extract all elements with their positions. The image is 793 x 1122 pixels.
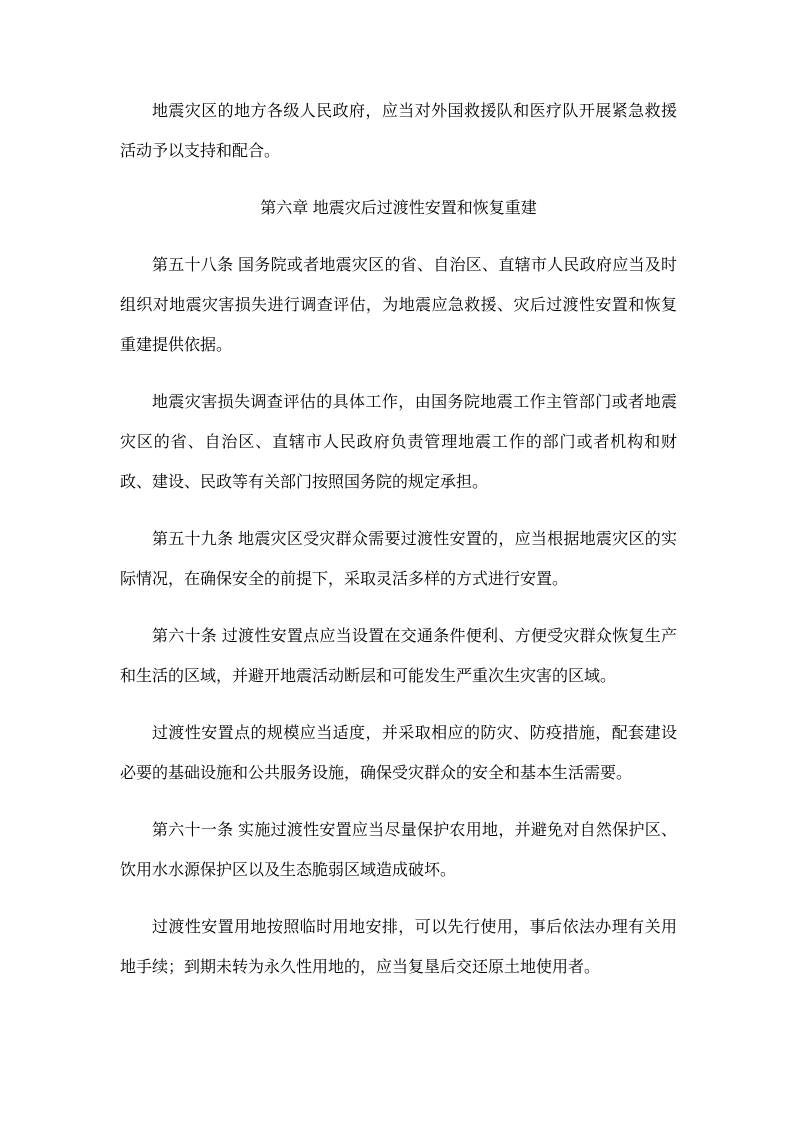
chapter-heading: 第六章 地震灾后过渡性安置和恢复重建 — [120, 189, 677, 229]
paragraph-loss-assessment-work: 地震灾害损失调查评估的具体工作，由国务院地震工作主管部门或者地震灾区的省、自治区… — [120, 383, 677, 503]
paragraph-article-59: 第五十九条 地震灾区受灾群众需要过渡性安置的，应当根据地震灾区的实际情况，在确保… — [120, 520, 677, 600]
paragraph-article-61: 第六十一条 实施过渡性安置应当尽量保护农用地，并避免对自然保护区、饮用水水源保护… — [120, 811, 677, 891]
paragraph-article-58: 第五十八条 国务院或者地震灾区的省、自治区、直辖市人民政府应当及时组织对地震灾害… — [120, 246, 677, 366]
paragraph-article-60: 第六十条 过渡性安置点应当设置在交通条件便利、方便受灾群众恢复生产和生活的区域，… — [120, 617, 677, 697]
paragraph-settlement-scale: 过渡性安置点的规模应当适度，并采取相应的防灾、防疫措施，配套建设必要的基础设施和… — [120, 714, 677, 794]
paragraph-support-foreign-rescue: 地震灾区的地方各级人民政府，应当对外国救援队和医疗队开展紧急救援活动予以支持和配… — [120, 92, 677, 172]
paragraph-temporary-land-use: 过渡性安置用地按照临时用地安排，可以先行使用，事后依法办理有关用地手续；到期未转… — [120, 908, 677, 988]
document-page: 地震灾区的地方各级人民政府，应当对外国救援队和医疗队开展紧急救援活动予以支持和配… — [0, 0, 793, 1122]
